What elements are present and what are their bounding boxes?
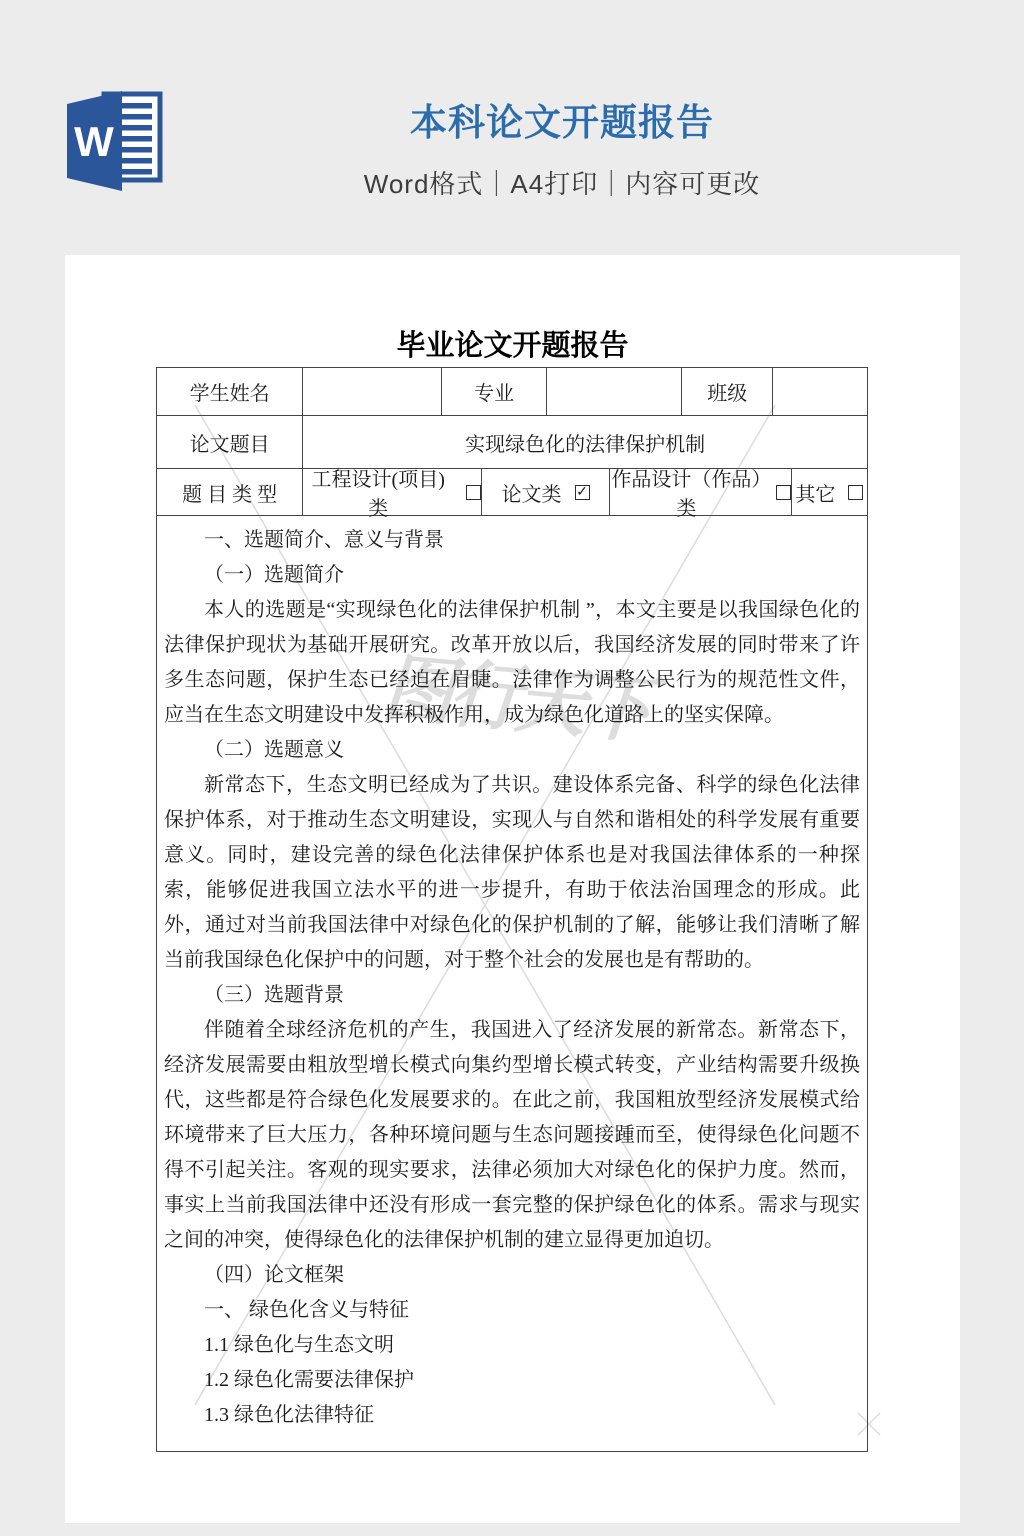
subsection-heading: （四）论文框架: [164, 1258, 860, 1293]
class-field[interactable]: [773, 368, 867, 415]
topic-type-option-other: 其它: [792, 469, 867, 515]
paragraph: 新常态下，生态文明已经成为了共识。建设体系完备、科学的绿色化法律保护体系，对于推…: [164, 768, 860, 978]
checkbox-icon[interactable]: [848, 485, 863, 500]
header-text-block: 本科论文开题报告 Word格式｜A4打印｜内容可更改: [0, 92, 1024, 201]
table-row-basic-info: 学生姓名 专业 班级: [157, 368, 867, 416]
subsection-heading: （一）选题简介: [164, 558, 860, 593]
checkbox-icon[interactable]: [776, 485, 791, 500]
section-heading: 一、选题简介、意义与背景: [164, 523, 860, 558]
option-label: 作品设计（作品）类: [610, 463, 763, 521]
document-title: 毕业论文开题报告: [65, 323, 960, 364]
student-name-label: 学生姓名: [157, 368, 303, 415]
document-page: 图行天下 毕业论文开题报告 学生姓名 专业 班级 论文题目 实现绿色化的法律保护…: [65, 255, 960, 1523]
class-label: 班级: [682, 368, 773, 415]
page-subtitle: Word格式｜A4打印｜内容可更改: [100, 164, 1024, 201]
table-row-body: 一、选题简介、意义与背景 （一）选题简介 本人的选题是“实现绿色化的法律保护机制…: [157, 516, 867, 1451]
topic-type-option-design: 作品设计（作品）类: [610, 469, 792, 515]
student-name-field[interactable]: [303, 368, 441, 415]
topic-type-option-engineering: 工程设计(项目)类: [303, 469, 482, 515]
thesis-title-label: 论文题目: [157, 416, 303, 468]
topic-type-label: 题 目 类 型: [157, 469, 303, 515]
subsection-heading: （二）选题意义: [164, 733, 860, 768]
paragraph: 伴随着全球经济危机的产生，我国进入了经济发展的新常态。新常态下，经济发展需要由粗…: [164, 1013, 860, 1258]
table-row-topic-type: 题 目 类 型 工程设计(项目)类 论文类 ✓ 作品设计（作品）类 其它: [157, 469, 867, 516]
outline-item: 1.2 绿色化需要法律保护: [164, 1363, 860, 1398]
outline-item: 1.1 绿色化与生态文明: [164, 1328, 860, 1363]
subsection-heading: （三）选题背景: [164, 978, 860, 1013]
site-header: W 本科论文开题报告 Word格式｜A4打印｜内容可更改: [0, 0, 1024, 230]
outline-item: 一、 绿色化含义与特征: [164, 1293, 860, 1328]
outline-item: 1.3 绿色化法律特征: [164, 1398, 860, 1433]
option-label: 工程设计(项目)类: [303, 463, 453, 521]
option-label: 论文类: [502, 478, 562, 507]
report-body: 一、选题简介、意义与背景 （一）选题简介 本人的选题是“实现绿色化的法律保护机制…: [157, 516, 867, 1451]
paragraph: 本人的选题是“实现绿色化的法律保护机制 ”，本文主要是以我国绿色化的法律保护现状…: [164, 593, 860, 733]
major-label: 专业: [442, 368, 548, 415]
option-label: 其它: [795, 478, 835, 507]
checkbox-checked-icon[interactable]: ✓: [575, 485, 590, 500]
major-field[interactable]: [547, 368, 682, 415]
thesis-title-value[interactable]: 实现绿色化的法律保护机制: [303, 416, 867, 468]
page-title: 本科论文开题报告: [100, 92, 1024, 146]
checkbox-icon[interactable]: [466, 485, 481, 500]
report-table: 学生姓名 专业 班级 论文题目 实现绿色化的法律保护机制 题 目 类 型 工程设…: [156, 367, 868, 1452]
table-row-thesis-title: 论文题目 实现绿色化的法律保护机制: [157, 416, 867, 469]
topic-type-option-thesis: 论文类 ✓: [482, 469, 610, 515]
